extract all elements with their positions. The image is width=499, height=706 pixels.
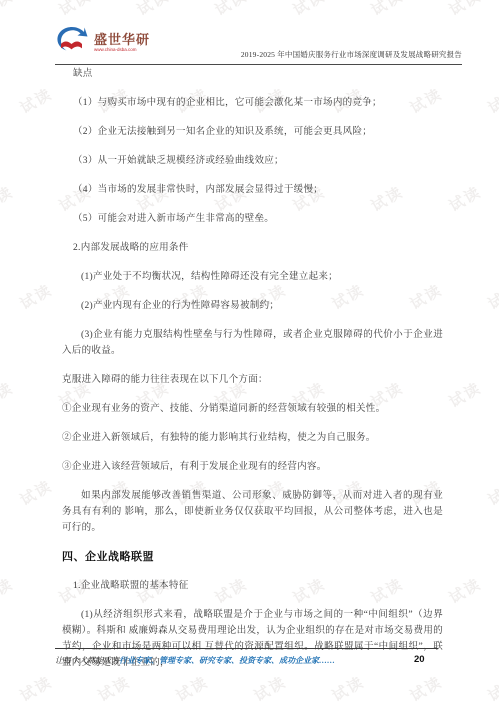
paragraph: （1）与购买市场中现有的企业相比，它可能会激化某一市场内的竞争； (73, 95, 443, 111)
footer-slogan: 让每个人都能成为行业专家、管理专家、研究专家、投资专家、成功企业家…… (55, 655, 335, 666)
section-heading: 四、企业战略联盟 (62, 549, 443, 565)
company-logo: 盛世华研 www.china-dsba.com (54, 25, 150, 60)
watermark-text: 试读 (484, 83, 499, 118)
watermark-text: 试读 (16, 671, 56, 706)
watermark-text: 试读 (484, 671, 499, 706)
paragraph: （4）当市场的发展非常快时，内部发展会显得过于缓慢； (73, 182, 443, 198)
watermark-text: 试读 (0, 181, 17, 216)
paragraph: （2）企业无法接触到另一知名企业的知识及系统，可能会更具风险； (73, 124, 443, 140)
watermark-text: 试读 (16, 279, 56, 314)
paragraph: ①企业现有业务的资产、技能、分销渠道同新的经营领域有较强的相关性。 (62, 401, 443, 417)
paragraph: 克服进入障碍的能力往往表现在以下几个方面： (62, 372, 443, 388)
watermark-text: 试读 (211, 0, 251, 20)
paragraph: (2)产业内现有企业的行为性障碍容易被制约； (62, 298, 443, 314)
header-divider (55, 64, 462, 65)
watermark-text: 试读 (16, 475, 56, 510)
report-title: 2019-2025 年中国婚庆服务行业市场深度调研及发展战略研究报告 (150, 49, 462, 60)
watermark-text: 试读 (445, 377, 485, 412)
paragraph: （3）从一开始就缺乏规模经济或经验曲线效应； (73, 153, 443, 169)
watermark-text: 试读 (484, 279, 499, 314)
watermark-text: 试读 (16, 83, 56, 118)
paragraph: 缺点 (73, 66, 443, 82)
watermark-text: 试读 (445, 0, 485, 20)
document-body: 缺点（1）与购买市场中现有的企业相比，它可能会激化某一市场内的竞争；（2）企业无… (62, 66, 443, 684)
paragraph: 1.企业战略联盟的基本特征 (73, 578, 443, 594)
footer-divider (55, 648, 438, 649)
page-number: 20 (414, 654, 425, 665)
watermark-text: 试读 (0, 377, 17, 412)
watermark-text: 试读 (367, 0, 407, 20)
paragraph: （5）可能会对进入新市场产生非常高的壁垒。 (73, 211, 443, 227)
logo-bird-book-icon (54, 25, 90, 60)
paragraph: 如果内部发展能够改善销售渠道、公司形象、威胁防御等，从而对进入者的现有业务具有有… (62, 488, 443, 536)
watermark-text: 试读 (133, 0, 173, 20)
paragraph: (3)企业有能力克服结构性壁垒与行为性障碍，或者企业克服障碍的代价小于企业进入后… (62, 327, 443, 359)
watermark-text: 试读 (55, 0, 95, 20)
paragraph: 2.内部发展战略的应用条件 (73, 240, 443, 256)
document-page: 试读试读试读试读试读试读试读试读试读试读试读试读试读试读试读试读试读试读试读试读… (0, 0, 499, 706)
paragraph: ③企业进入该经营领域后，有利于发展企业现有的经营内容。 (62, 459, 443, 475)
paragraph: ②企业进入新领域后，有独特的能力影响其行业结构，使之为自己服务。 (62, 430, 443, 446)
brand-url: www.china-dsba.com (94, 48, 150, 53)
watermark-text: 试读 (289, 0, 329, 20)
brand-name: 盛世华研 (94, 33, 150, 46)
watermark-text: 试读 (484, 475, 499, 510)
watermark-text: 试读 (0, 573, 17, 608)
paragraph: (1)产业处于不均衡状况，结构性障碍还没有完全建立起来； (62, 269, 443, 285)
footer-slogan-prefix: 让每个人都能成为 (55, 656, 119, 665)
watermark-text: 试读 (445, 181, 485, 216)
footer-slogan-highlight: 行业专家、管理专家、研究专家、投资专家、成功企业家…… (119, 656, 335, 665)
watermark-text: 试读 (0, 0, 17, 20)
watermark-text: 试读 (445, 573, 485, 608)
